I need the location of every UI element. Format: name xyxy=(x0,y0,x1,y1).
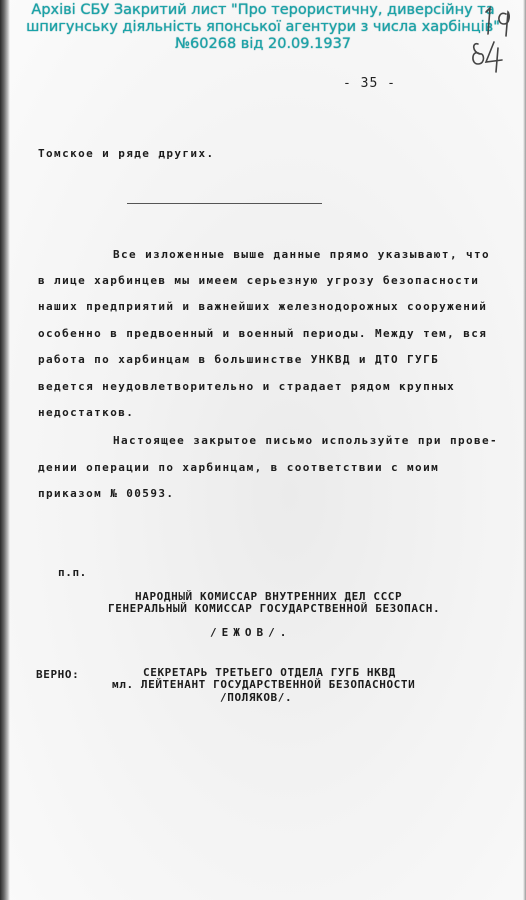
archive-header-line2: шпигунську діяльність японської агентури… xyxy=(0,19,526,36)
certifier-name: /ПОЛЯКОВ/. xyxy=(220,691,292,704)
archive-header: Архіві СБУ Закритий лист "Про терористич… xyxy=(0,2,526,53)
text-line: недостатков. xyxy=(38,406,134,419)
archive-header-line3: №60268 від 20.09.1937 xyxy=(0,36,526,53)
text-line: Все изложенные выше данные прямо указыва… xyxy=(113,248,490,261)
page-number: - 35 - xyxy=(343,76,396,91)
document-page xyxy=(0,0,526,900)
text-line: наших предприятий и важнейших железнодор… xyxy=(38,300,487,313)
certifier-title-2: мл. ЛЕЙТЕНАНТ ГОСУДАРСТВЕННОЙ БЕЗОПАСНОС… xyxy=(112,678,415,691)
text-line: в лице харбинцев мы имеем серьезную угро… xyxy=(38,274,479,287)
text-line: дении операции по харбинцам, в соответст… xyxy=(38,461,439,474)
text-line: ведется неудовлетворительно и страдает р… xyxy=(38,380,455,393)
archive-header-line1: Архіві СБУ Закритий лист "Про терористич… xyxy=(0,2,526,19)
pp-mark: п.п. xyxy=(58,566,87,579)
section-divider xyxy=(127,203,322,204)
certified-label: ВЕРНО: xyxy=(36,668,79,681)
text-line: приказом № 00593. xyxy=(38,487,174,500)
scan-left-edge xyxy=(0,0,10,900)
continuation-line: Томское и ряде других. xyxy=(38,147,215,160)
signatory-title-2: ГЕНЕРАЛЬНЫЙ КОМИССАР ГОСУДАРСТВЕННОЙ БЕЗ… xyxy=(108,602,440,615)
text-line: Настоящее закрытое письмо используйте пр… xyxy=(113,434,498,447)
text-line: работа по харбинцам в большинстве УНКВД … xyxy=(38,353,439,366)
handwritten-folio-number xyxy=(458,4,518,74)
signatory-name: /ЕЖОВ/. xyxy=(210,626,291,639)
text-line: особенно в предвоенный и военный периоды… xyxy=(38,327,487,340)
